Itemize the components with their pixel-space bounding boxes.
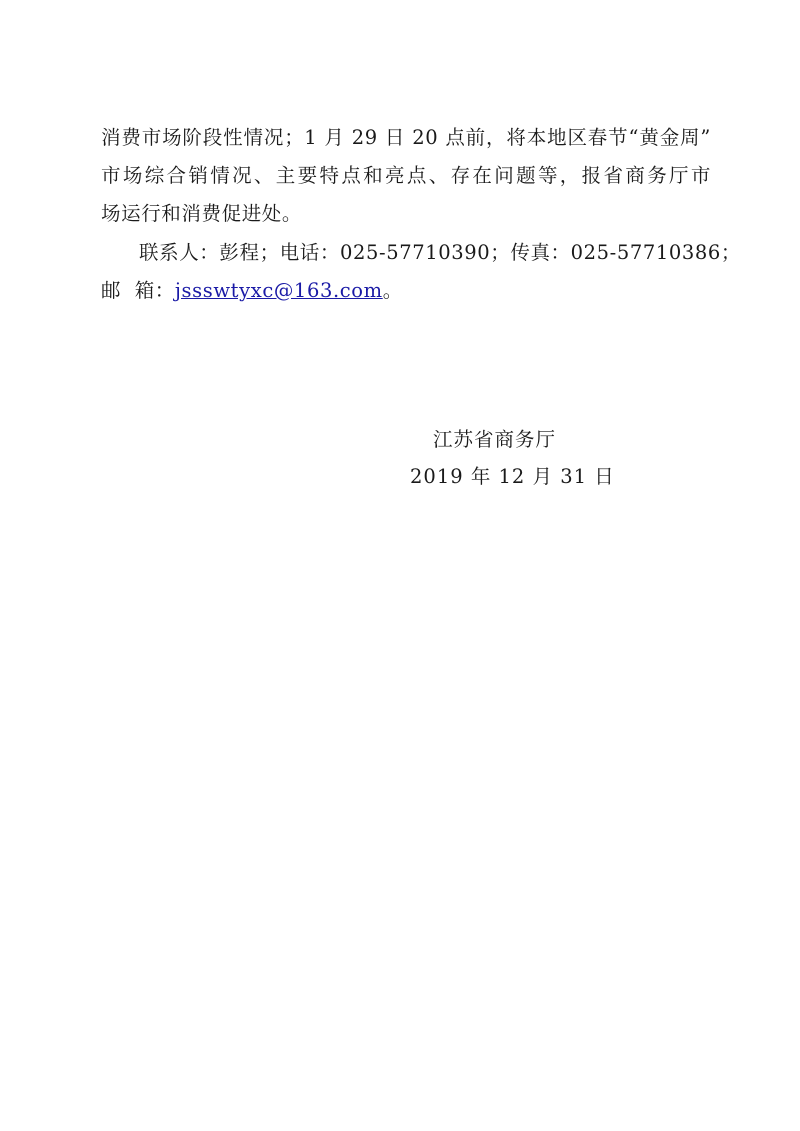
email-suffix: 。 <box>383 279 403 302</box>
body-text-line: 场运行和消费促进处。 <box>101 201 711 227</box>
email-line: 邮 箱：jssswtyxc@163.com。 <box>101 278 711 304</box>
body-text-line: 消费市场阶段性情况；1 月 29 日 20 点前，将本地区春节“黄金周” <box>101 125 711 151</box>
contact-line: 联系人：彭程；电话：025-57710390；传真：025-57710386； <box>139 240 711 266</box>
email-label: 邮 箱： <box>101 279 175 302</box>
signature-date: 2019 年 12 月 31 日 <box>410 464 615 490</box>
signature-organization: 江苏省商务厅 <box>433 427 556 453</box>
email-link[interactable]: jssswtyxc@163.com <box>175 279 383 302</box>
body-text-line: 市场综合销情况、主要特点和亮点、存在问题等，报省商务厅市 <box>101 163 711 189</box>
